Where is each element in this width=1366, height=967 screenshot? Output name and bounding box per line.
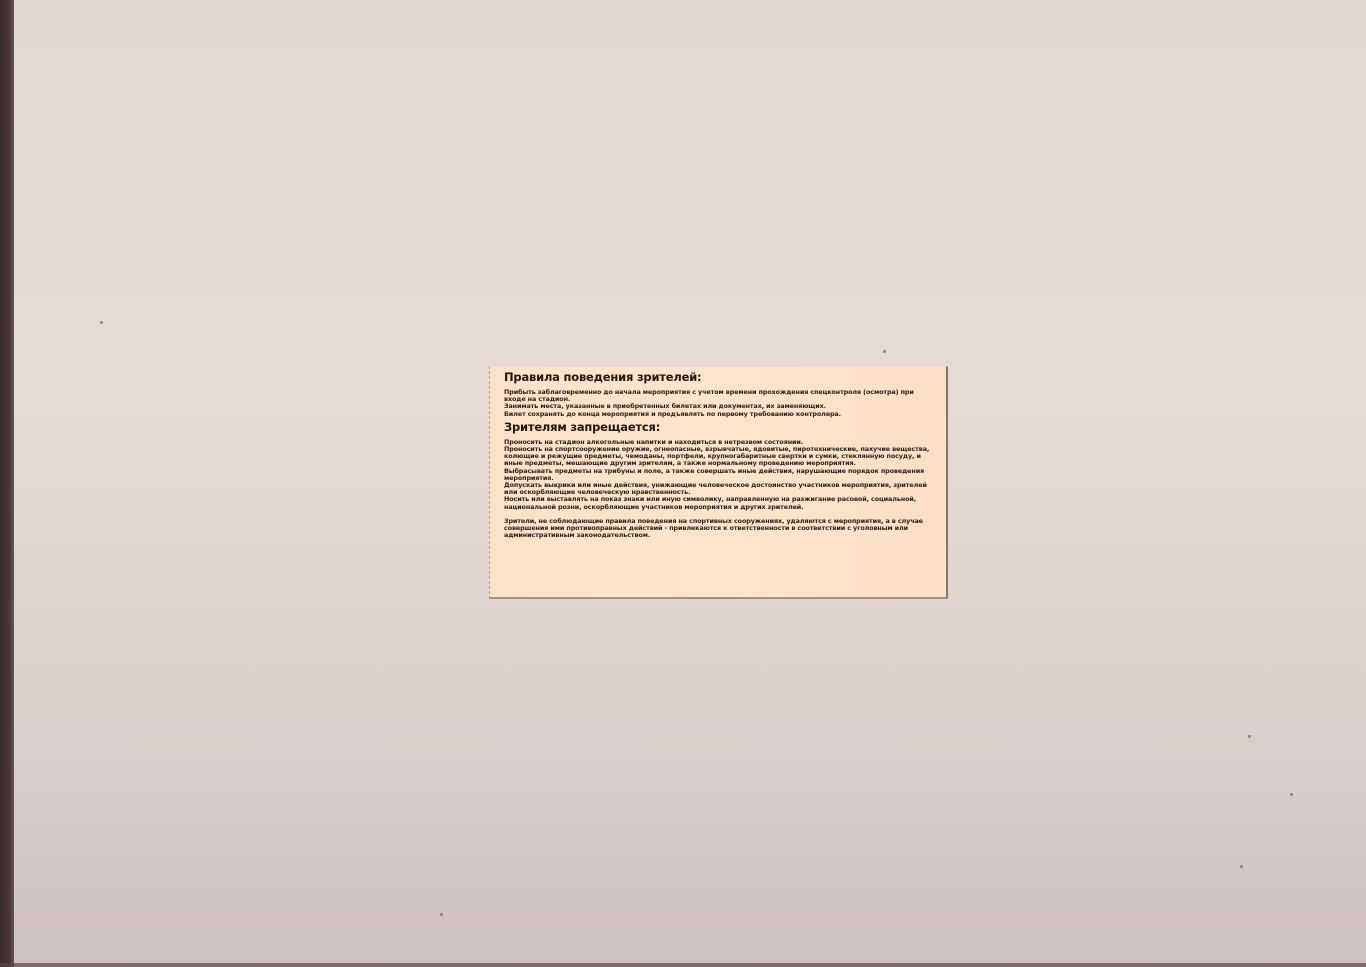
prohibited-item: Допускать выкрики или иные действия, уни… <box>504 482 932 496</box>
spectator-rules-list: Прибыть заблаговременно до начала меропр… <box>504 389 932 418</box>
dust-speck <box>1248 735 1251 738</box>
scan-bottom-edge <box>0 963 1366 967</box>
prohibited-item: Проносить на спортсооружение оружие, огн… <box>504 446 932 468</box>
scan-edge <box>0 0 14 967</box>
dust-speck <box>1290 793 1293 796</box>
prohibited-item: Носить или выставлять на показ знаки или… <box>504 496 932 510</box>
rule-item: Прибыть заблаговременно до начала меропр… <box>504 389 932 403</box>
ticket-back: Правила поведения зрителей: Прибыть забл… <box>489 366 948 599</box>
prohibited-title: Зрителям запрещается: <box>504 420 932 434</box>
dust-speck <box>1240 865 1243 868</box>
liability-note: Зрители, не соблюдающие правила поведени… <box>504 518 932 540</box>
prohibited-list: Проносить на стадион алкогольные напитки… <box>504 439 932 511</box>
dust-speck <box>100 321 103 324</box>
dust-speck <box>440 913 443 916</box>
rule-item: Билет сохранять до конца мероприятия и п… <box>504 411 932 418</box>
dust-speck <box>883 350 886 353</box>
prohibited-item: Выбрасывать предметы на трибуны и поле, … <box>504 468 932 482</box>
rules-title: Правила поведения зрителей: <box>504 370 932 384</box>
